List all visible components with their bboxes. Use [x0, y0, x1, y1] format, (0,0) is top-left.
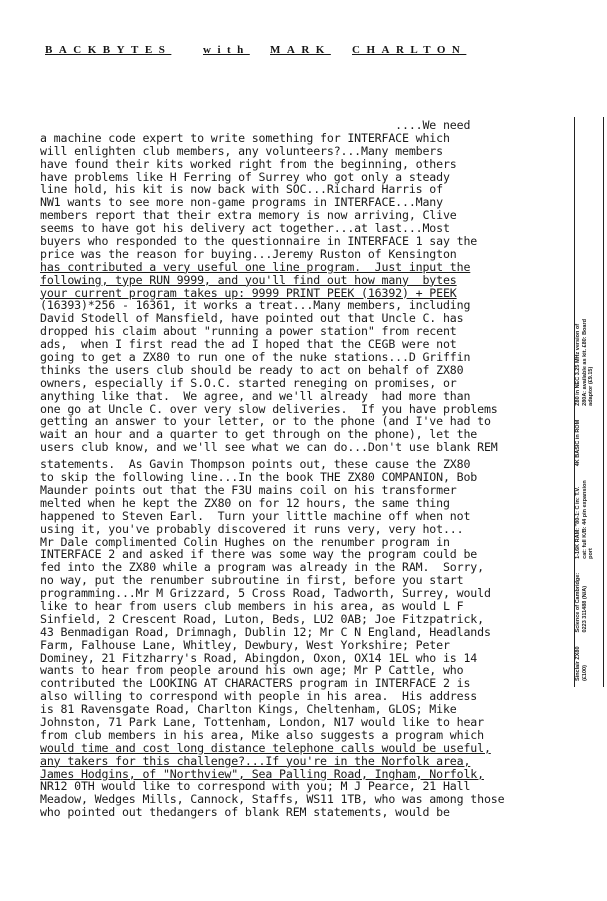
article-line: happened to Steven Earl. Turn your littl…: [40, 510, 570, 523]
header-author-first: MARK: [270, 44, 331, 56]
article-line: a machine code expert to write something…: [40, 132, 570, 145]
article-line: would time and cost long distance teleph…: [40, 742, 570, 755]
spec-supplier: Science of Cambridge: 0223 311488 (N/A): [575, 573, 588, 633]
article-line: 43 Benmadigan Road, Drimnagh, Dublin 12;…: [40, 626, 570, 639]
article-line: will enlighten club members, any volunte…: [40, 145, 570, 158]
header-column-title: BACKBYTES: [45, 44, 171, 56]
article-line: who pointed out thedangers of blank REM …: [40, 806, 570, 819]
article-line: using it, you've probably discovered it …: [40, 523, 570, 536]
article-line: have found their kits worked right from …: [40, 158, 570, 171]
spec-sidebar: Sinclair ZX80 (£100) Science of Cambridg…: [574, 117, 604, 687]
header-author-last: CHARLTON: [352, 44, 466, 56]
article-body: ....We needa machine code expert to writ…: [40, 119, 570, 819]
spec-product: Sinclair ZX80 (£100): [575, 646, 588, 681]
article-line: Johnston, 71 Park Lane, Tottenham, Londo…: [40, 716, 570, 729]
article-line: melted when he kept the ZX80 on for 12 h…: [40, 497, 570, 510]
article-line: Farm, Falhouse Lane, Whitley, Dewbury, W…: [40, 639, 570, 652]
article-line: from club members in his area, Mike also…: [40, 729, 570, 742]
spec-cpu: Z80 in NEC 3.25 MHz version of 280A: ava…: [575, 319, 595, 406]
article-line: following, type RUN 9999, and you'll fin…: [40, 274, 570, 287]
article-line: going to get a ZX80 to run one of the nu…: [40, 351, 570, 364]
header-with: with: [203, 44, 250, 56]
article-line: Sinfield, 2 Crescent Road, Luton, Beds, …: [40, 613, 570, 626]
article-line: ....We need: [40, 119, 570, 132]
article-line: anything like that. We agree, and we'll …: [40, 390, 570, 403]
article-header: BACKBYTES with MARK CHARLTON: [0, 44, 607, 64]
spec-sidebar-text: Sinclair ZX80 (£100) Science of Cambridg…: [575, 117, 603, 687]
article-line: buyers who responded to the questionnair…: [40, 235, 570, 248]
article-line: thinks the users club should be ready to…: [40, 364, 570, 377]
article-line: has contributed a very useful one line p…: [40, 261, 570, 274]
spec-rom: 4K BASIC in ROM: [575, 420, 582, 466]
article-line: like to hear from users club members in …: [40, 600, 570, 613]
article-line: to skip the following line...In the book…: [40, 471, 570, 484]
article-line: users club know, and we'll see what we c…: [40, 441, 570, 454]
article-line: Maunder points out that the F3U mains co…: [40, 484, 570, 497]
article-line: any takers for this challenge?...If you'…: [40, 755, 570, 768]
article-line: price was the reason for buying...Jeremy…: [40, 248, 570, 261]
spec-ram: 1-16K RAM: "80-1: C in: T.V. cat: full K…: [575, 480, 595, 559]
article-line: owners, especially if S.O.C. started ren…: [40, 377, 570, 390]
